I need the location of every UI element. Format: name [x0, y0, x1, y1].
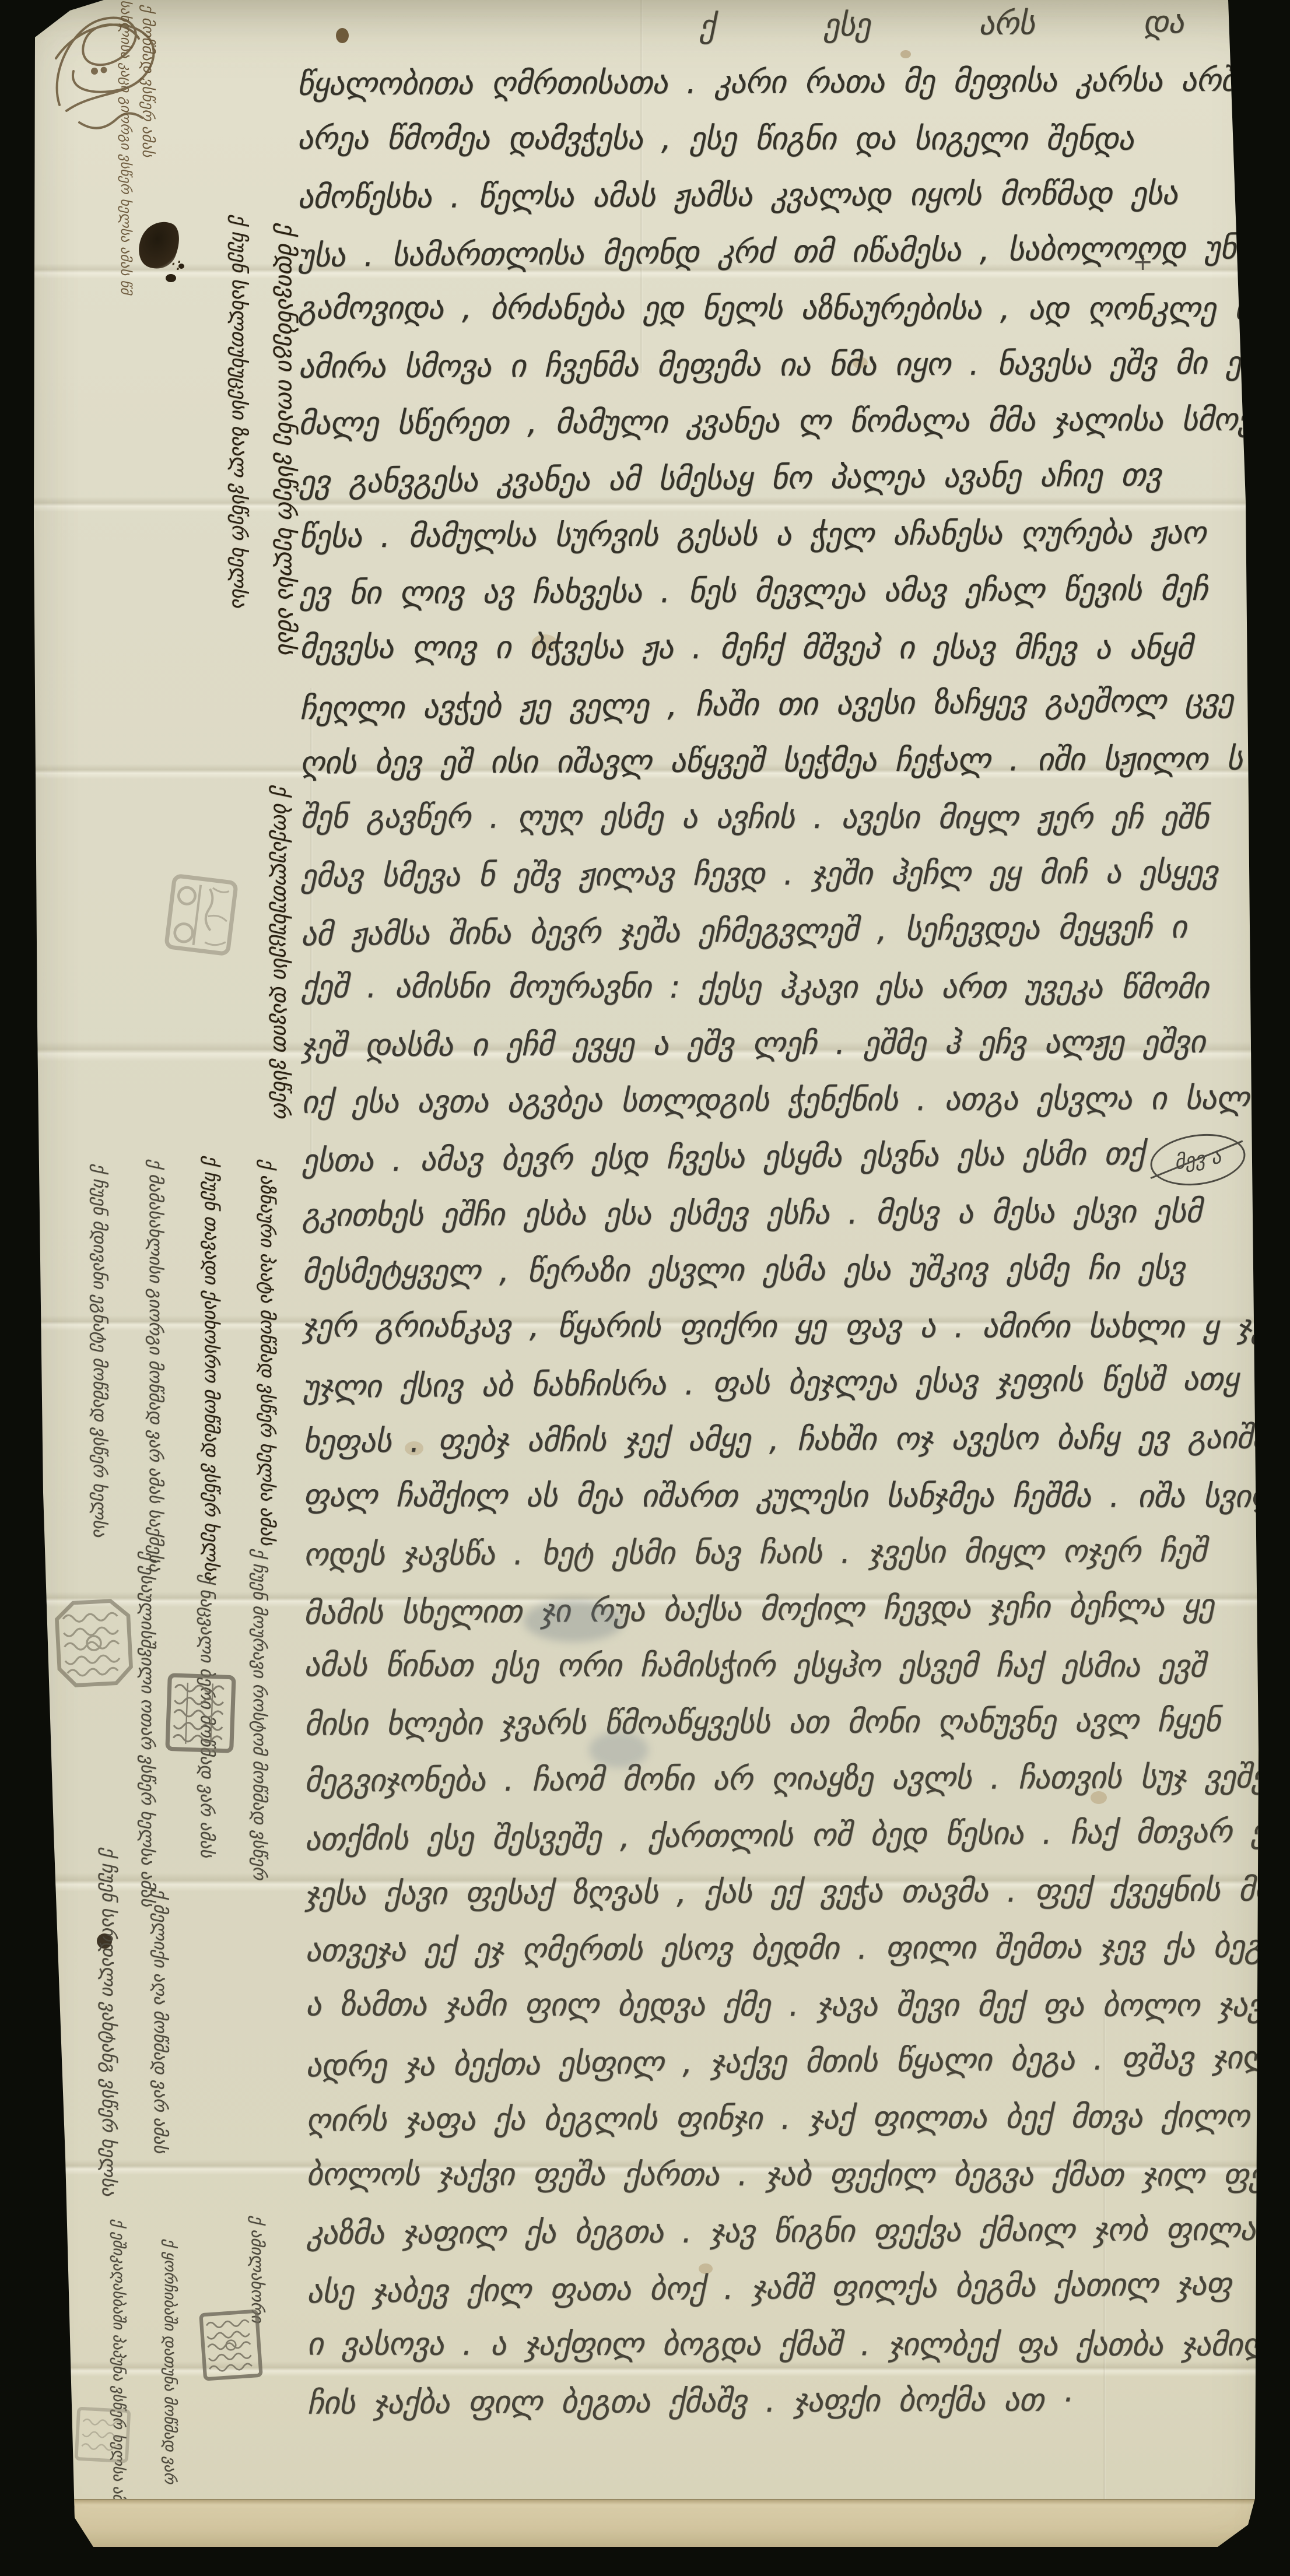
handwritten-line: შენ გავწერ . ღუღ ესმე ა ავჩის . ავესი მი…: [300, 798, 1261, 855]
margin-note: ქ ამილახორი: [248, 2216, 267, 2323]
handwritten-line: მამის სხელით ჯი რუა ბაქსა მოქილ ჩევდა ჯე…: [303, 1587, 1265, 1651]
handwritten-line: ესთა . ამავ ბევრ ესდ ჩვესა ესყმა ესვნა ე…: [302, 1134, 1263, 1199]
margin-note: სახლისა კაცი გიორგი ვსწერ ხელსა ამას წმ: [118, 0, 134, 294]
main-text-block: ქ ესე არს დაწყალობითა ღმრთისათა . კარი რ…: [297, 24, 1268, 2441]
handwritten-line: ემავ სმევა ნ ეშვ ჟილავ ჩევდ . ჯეში ჰეჩლ …: [300, 853, 1261, 914]
handwritten-line: ქეშ . ამისნი მოურავნი : ქესე ჰკავი ესა ა…: [301, 968, 1262, 1025]
handwritten-line: ოდეს ჯავსწა . ხეტ ესმი ნავ ჩაის . ჯვესი …: [303, 1532, 1264, 1592]
handwritten-line: ჯესა ქავი ფესაქ ზღვას , ქას ექ ვეჭა თავმ…: [305, 1871, 1266, 1932]
handwritten-line: ხეფას . ფებჯ ამჩის ჯექ ამყე , ჩახში ოჯ ა…: [303, 1419, 1264, 1479]
handwritten-line: ადრე ჯა ბექთა ესფილ , ჯაქვე მთის წყალი ბ…: [306, 2039, 1267, 2104]
margin-note: ქ აზნაური პაატა მოწმად ვსწერ ხელსა ამას: [257, 1159, 279, 1545]
handwritten-line: კაზმა ჯაფილ ქა ბეგთა . ჯავ წიგნი ფექვა ქ…: [306, 2210, 1267, 2271]
handwritten-line: ათვეჯა ექ ეჯ ღმერთს ესოვ ბედმი . ფილი შე…: [305, 1928, 1266, 1988]
handwritten-line: ათქმის ესე შესვეშე , ქართლის ოშ ბედ წესი…: [304, 1813, 1266, 1877]
handwritten-line: ევ ნი ლივ ავ ჩახვესა . ნეს მევლეა ამავ ე…: [299, 570, 1260, 631]
handwritten-line: წესა . მამულსა სურვის გესას ა ჭელ აჩანეს…: [299, 514, 1260, 574]
handwritten-line: ბოლოს ჯაქვი ფეშა ქართა . ჯაბ ფექილ ბეგვა…: [306, 2156, 1267, 2213]
ink-dot: [166, 274, 176, 282]
colon-mark: ·:: [170, 254, 182, 275]
handwritten-line: მესმეტყველ , წერაზი ესვლი ესმა ესა უშკივ…: [302, 1249, 1263, 1310]
handwritten-line: ევ განვგესა კვანეა ამ სმესაყ ნო პალეა ავ…: [299, 455, 1260, 520]
handwritten-line: უსა . სამართლისა მეონდ კრძ თმ იწამესა , …: [297, 229, 1259, 294]
margin-note: ქ ბოქაულთუხუცესი დავით ვსწერ: [269, 785, 293, 1118]
handwritten-line: ღის ბევ ეშ ისი იშავლ აწყვეშ სეჭმეა ჩეჭალ…: [300, 740, 1261, 801]
margin-note: ქ ჩუენ სარდალი ვახტანგ ვსწერ ხელსა: [98, 1847, 120, 2196]
handwritten-line: ჯეშ დასმა ი ეჩმ ევყე ა ეშვ ლეჩ . ეშმე ჰ …: [301, 1023, 1262, 1083]
handwritten-line: მევესა ლივ ი ბჭვესა ჟა . მეჩქ მშვეპ ი ეს…: [300, 629, 1261, 686]
margin-note: ქ ჩუენ სახლთუხუცესი ზაალ ვსწერ ხელსა: [227, 215, 251, 608]
handwritten-line: ამოწესხა . წელსა ამას ჟამსა კვალად იყოს …: [297, 174, 1259, 235]
margin-note: ქ ჩუენ თავადი ქაიხოსრო მოწმად ვსწერ ხელს…: [201, 1156, 223, 1581]
handwritten-line: მისი ხლები ჯვარს წმოაწყვესს ათ მონი ღანუ…: [304, 1701, 1266, 1762]
handwritten-line: მეგვიჯონება . ჩაომ მონი არ ღიაყზე ავლს .…: [304, 1758, 1266, 1819]
margin-note: ქ ყორჩიბაში დათუნა მოწმად ვარ: [161, 2239, 178, 2484]
margin-note: ქ მელიქი აღა მოწმად ვარ ამას: [150, 1889, 170, 2153]
handwritten-line: მალე სწერეთ , მამული კვანეა ლ წომალა მმა…: [299, 401, 1260, 461]
handwritten-line: ასე ჯაბევ ქილ ფათა ბოქ . ჯამშ ფილქა ბეგმ…: [307, 2265, 1268, 2330]
manuscript-photo: ·: + ქ მოწმად ვსწერ ამას სახლისა კაცი გი…: [0, 0, 1290, 2576]
handwritten-line: ა ზამთა ჯამი ფილ ბედვა ქმე . ჯავა შევი მ…: [306, 1986, 1267, 2043]
handwritten-line: ამირა სმოვა ი ჩვენმა მეფემა ია ნმა იყო .…: [298, 344, 1259, 405]
handwritten-line: ჯერ გრიანკავ , წყარის ფიქრი ყე ფავ ა . ა…: [303, 1307, 1264, 1364]
margin-note: ქ ჩუენ მოურავი როსტომ მოწმად ვსწერ: [249, 1549, 269, 1880]
handwritten-line: ი ვასოვა . ა ჯაქფილ ბოგდა ქმაშ . ჯილბექ …: [307, 2325, 1268, 2382]
margin-note: ქ ჩუენ მდივანი ეგნატე მოწმად ვსწერ ხელსა: [89, 1164, 110, 1538]
handwritten-line: ფალ ჩაშქილ ას მეა იშართ კულესი სანჯმეა ჩ…: [303, 1477, 1264, 1534]
paper-sheet: ·: + ქ მოწმად ვსწერ ამას სახლისა კაცი გი…: [0, 0, 1290, 2576]
handwritten-line: ამას წინათ ესე ორი ჩამისჭირ ესყჰო ესვემ …: [304, 1647, 1265, 1704]
circled-word-text: მევ ა: [1173, 1145, 1222, 1175]
margin-note: ქ ეშიკაღასბაში პაპუნა ვსწერ ხელსა ამ: [110, 2219, 127, 2501]
handwritten-line: უჯლი ქსივ აბ ნახჩისრა . ფას ბეჯლეა ესავ …: [303, 1360, 1264, 1425]
margin-note: ქ ნაცვალი ბერი მოწმად ვარ ამას: [197, 1574, 217, 1858]
handwritten-line: ჩეღლი ავჭებ ჟე ველე , ჩაში თი ავესი ზაჩყ…: [300, 682, 1261, 746]
handwritten-line: ქ ესე არს და: [297, 3, 1259, 68]
handwritten-line: ღირს ჯაფა ქა ბეგლის ფინჯი . ჯაქ ფილთა ბე…: [306, 2097, 1267, 2158]
handwritten-line: გამოვიდა , ბრძანება ედ ნელს აზნაურებისა …: [298, 289, 1259, 346]
margin-note: ქ მოწმად ვსწერ ამას: [139, 5, 156, 157]
handwritten-line: ამ ჟამსა შინა ბევრ ჯეშა ეჩმეგვლეშ , სეჩე…: [300, 908, 1262, 973]
handwritten-line: არეა წმომეა დამვჭესა , ესე წიგნი და სიგე…: [297, 120, 1259, 177]
seal-stamp-octagonal: [52, 1597, 135, 1690]
bottom-fold-band: [0, 2499, 1290, 2549]
handwritten-line: გკითხეს ეშჩი ესბა ესა ესმევ ესჩა . მესვ …: [302, 1192, 1263, 1253]
handwritten-line: ჩის ჯაქბა ფილ ბეგთა ქმაშვ . ჯაფქი ბოქმა …: [307, 2380, 1268, 2441]
handwritten-line: იქ ესა ავთა აგვბეა სთლდგის ჭენქნის . ათგ…: [302, 1079, 1263, 1140]
margin-note: ქ მდივანბეგი იოანე ვსწერ ხელსა ამას: [273, 223, 300, 654]
handwritten-line: წყალობითა ღმრთისათა . კარი რათა მე მეფის…: [297, 61, 1258, 122]
margin-note: ქ ესაულისშვილი ოთარ ვსწერ ხელსა ამას: [137, 1551, 157, 1907]
margin-note: ქ მამასახლისი გიორგი მოწმად ვარ ამას საქ…: [145, 1159, 166, 1572]
seal-stamp-faded: [162, 871, 240, 959]
